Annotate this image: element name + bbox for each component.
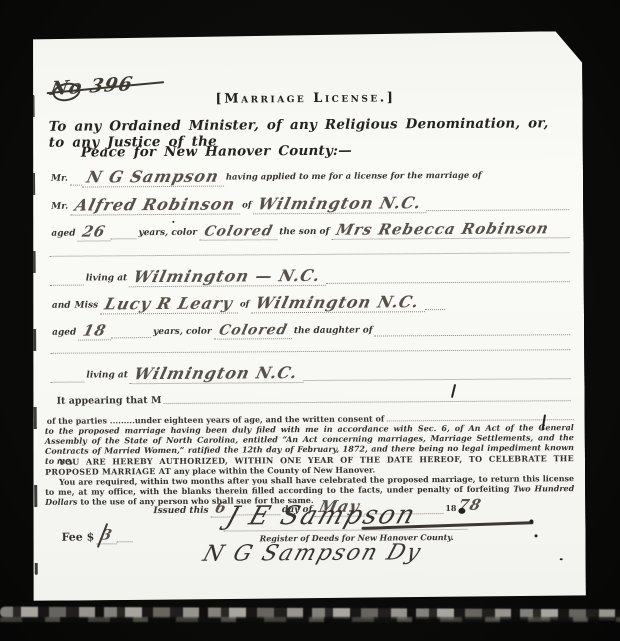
and-label: and <box>50 301 73 311</box>
dotted-blank <box>386 419 573 421</box>
groom-name-entry: Alfred Robinson <box>74 199 236 210</box>
of-label: of <box>238 299 251 309</box>
dotted-blank <box>425 309 445 310</box>
bride-living-row: living at Wilmington N.C. <box>50 367 570 385</box>
dotted-blank <box>303 378 570 381</box>
living-at-label: living at <box>84 273 130 283</box>
blank-line-row <box>50 252 570 259</box>
applied-label: having applied to me for a license for t… <box>224 171 484 183</box>
aged-label: aged <box>49 229 77 239</box>
deputy-signature: N G Sampson Dy <box>200 540 426 567</box>
dotted-blank <box>110 238 136 239</box>
document-title: [Marriage License.] <box>28 89 582 108</box>
bride-row: and Miss Lucy R Leary of Wilmington N.C. <box>50 297 570 315</box>
years-color-label: years, color <box>151 327 214 337</box>
mr-label: Mr. <box>49 174 70 184</box>
issued-this-label: Issued this <box>151 506 210 516</box>
page-fold-shadow <box>31 95 37 575</box>
bride-parent-blank <box>375 334 571 336</box>
dotted-blank <box>50 382 84 383</box>
groom-age-entry: 26 <box>81 227 106 236</box>
ink-blot <box>560 558 563 560</box>
son-of-label: the son of <box>277 227 331 237</box>
dotted-blank <box>50 349 570 354</box>
dotted-blank <box>164 400 571 404</box>
ink-blot <box>529 519 533 523</box>
groom-living-row: living at Wilmington — N.C. <box>50 270 570 288</box>
applicant-row: Mr. N G Sampson having applied to me for… <box>49 170 569 188</box>
groom-living-entry: Wilmington — N.C. <box>133 271 322 282</box>
dotted-blank <box>70 185 82 186</box>
years-color-label: years, color <box>136 228 199 238</box>
appearing-row: It appearing that M <box>55 392 571 407</box>
groom-row: Mr. Alfred Robinson of Wilmington N.C. <box>49 198 569 216</box>
dotted-blank <box>326 281 570 284</box>
groom-color-entry: Colored <box>203 227 273 236</box>
of-label: of <box>240 200 253 210</box>
dotted-blank <box>50 285 84 286</box>
return-text-1: You are required, within two months afte… <box>45 473 574 497</box>
scanned-marriage-license: No 396 [Marriage License.] To any Ordain… <box>0 0 620 641</box>
fee-label: Fee $ <box>59 530 96 543</box>
dotted-blank <box>50 252 570 257</box>
daughter-of-label: the daughter of <box>292 326 375 337</box>
dotted-blank <box>111 337 151 338</box>
applicant-name-entry: N G Sampson <box>86 172 220 183</box>
ink-blot <box>172 221 174 223</box>
ink-blot <box>458 508 465 514</box>
blank-line-row <box>50 349 570 356</box>
bride-name-entry: Lucy R Leary <box>104 299 234 310</box>
bride-color-entry: Colored <box>218 326 288 335</box>
groom-residence-entry: Wilmington N.C. <box>257 198 423 209</box>
bride-residence-entry: Wilmington N.C. <box>255 297 421 308</box>
bride-age-entry: 18 <box>82 326 107 335</box>
addressee-line-2: Peace for New Hanover County:— <box>81 143 352 161</box>
bride-age-row: aged 18 years, color Colored the daughte… <box>50 324 570 341</box>
dotted-blank <box>427 209 570 211</box>
ink-blot <box>535 534 538 537</box>
bride-living-entry: Wilmington N.C. <box>134 368 300 379</box>
scan-torn-edge-shadow <box>0 617 620 622</box>
mr-label: Mr. <box>49 202 70 212</box>
license-paper: No 396 [Marriage License.] To any Ordain… <box>28 31 586 601</box>
dotted-blank <box>117 541 133 542</box>
issue-day-entry: 6 <box>214 504 228 513</box>
aged-label: aged <box>50 328 78 338</box>
appearing-label: It appearing that M <box>55 395 164 407</box>
groom-parent-entry: Mrs Rebecca Robinson <box>335 224 550 235</box>
living-at-label: living at <box>84 370 130 380</box>
groom-age-row: aged 26 years, color Colored the son of … <box>49 225 569 242</box>
miss-label: Miss <box>73 300 101 310</box>
